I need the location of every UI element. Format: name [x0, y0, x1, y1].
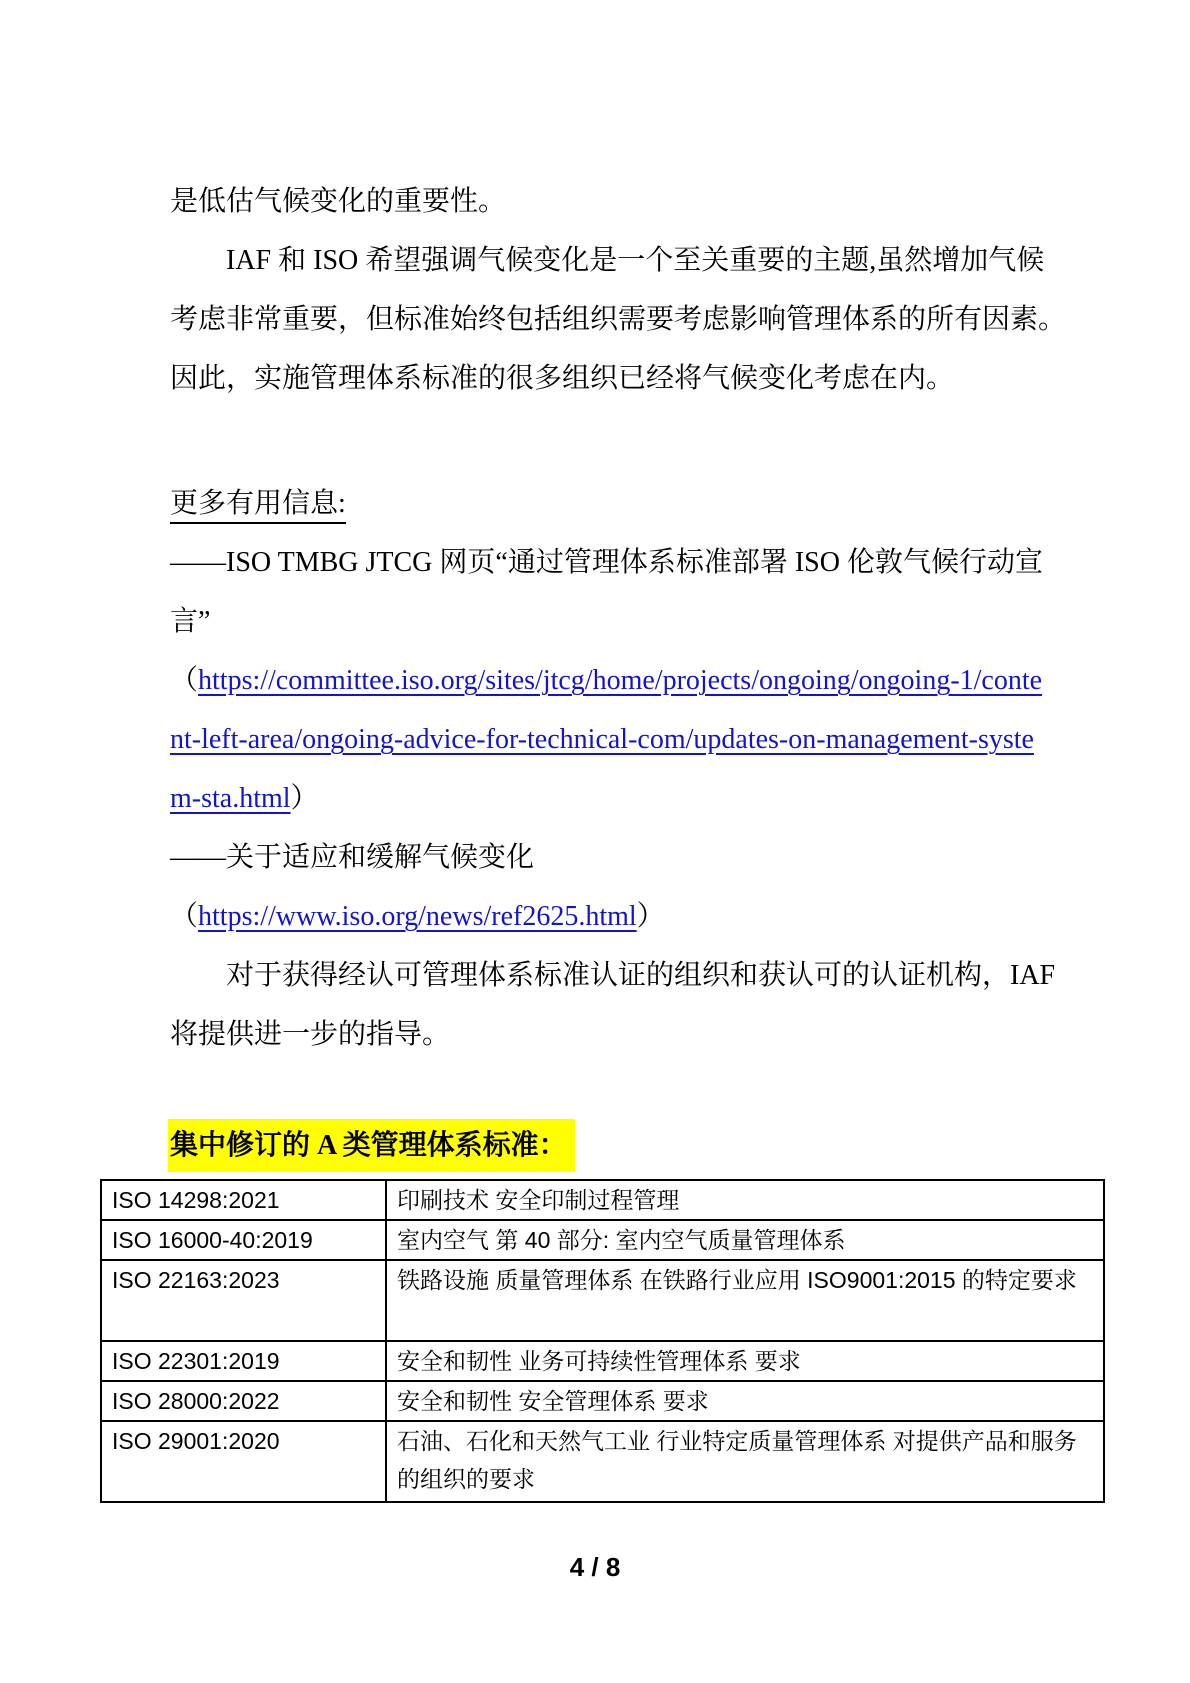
link-line: m-sta.html） [170, 769, 1060, 828]
standard-desc-cell: 石油、石化和天然气工业 行业特定质量管理体系 对提供产品和服务的组织的要求 [386, 1421, 1104, 1502]
section-heading-line: 集中修订的 A 类管理体系标准： [170, 1119, 1060, 1172]
standard-desc-cell: 安全和韧性 安全管理体系 要求 [386, 1381, 1104, 1421]
link-line: （https://www.iso.org/news/ref2625.html） [170, 887, 1060, 946]
table-row: ISO 28000:2022 安全和韧性 安全管理体系 要求 [101, 1381, 1104, 1421]
standard-code-cell: ISO 22163:2023 [101, 1260, 386, 1341]
standard-desc-cell: 铁路设施 质量管理体系 在铁路行业应用 ISO9001:2015 的特定要求 [386, 1260, 1104, 1341]
standards-table: ISO 14298:2021 印刷技术 安全印制过程管理 ISO 16000-4… [100, 1179, 1105, 1503]
bullet-iso-tmbg-line: 言” [170, 592, 1060, 651]
paragraph-spacer [170, 408, 1060, 474]
standard-code-cell: ISO 28000:2022 [101, 1381, 386, 1421]
committee-iso-link[interactable]: nt-left-area/ongoing-advice-for-technica… [170, 724, 1034, 755]
more-info-heading: 更多有用信息: [170, 488, 346, 524]
more-info-heading-line: 更多有用信息: [170, 474, 1060, 533]
document-body: 是低估气候变化的重要性。 IAF 和 ISO 希望强调气候变化是一个至关重要的主… [170, 172, 1060, 1172]
table-row: ISO 14298:2021 印刷技术 安全印制过程管理 [101, 1180, 1104, 1220]
standard-code-cell: ISO 16000-40:2019 [101, 1220, 386, 1260]
committee-iso-link[interactable]: https://committee.iso.org/sites/jtcg/hom… [198, 665, 1042, 696]
standard-desc-cell: 印刷技术 安全印制过程管理 [386, 1180, 1104, 1220]
committee-iso-link[interactable]: m-sta.html [170, 783, 291, 814]
standard-code-cell: ISO 22301:2019 [101, 1341, 386, 1381]
link-line: nt-left-area/ongoing-advice-for-technica… [170, 710, 1060, 769]
page-number: 4 / 8 [0, 1552, 1190, 1582]
bullet-iso-tmbg-line: ——ISO TMBG JTCG 网页“通过管理体系标准部署 ISO 伦敦气候行动… [170, 533, 1060, 592]
open-paren: （ [170, 901, 198, 932]
table-row: ISO 16000-40:2019 室内空气 第 40 部分: 室内空气质量管理… [101, 1220, 1104, 1260]
section-heading: 集中修订的 A 类管理体系标准： [168, 1119, 575, 1172]
paragraph-line: 因此，实施管理体系标准的很多组织已经将气候变化考虑在内。 [170, 349, 1060, 408]
table-row: ISO 22301:2019 安全和韧性 业务可持续性管理体系 要求 [101, 1341, 1104, 1381]
close-paren: ） [637, 901, 665, 932]
bullet-climate-line: ——关于适应和缓解气候变化 [170, 828, 1060, 887]
paragraph-line: IAF 和 ISO 希望强调气候变化是一个至关重要的主题,虽然增加气候 [170, 231, 1060, 290]
close-paren: ） [291, 783, 319, 814]
iso-news-link[interactable]: https://www.iso.org/news/ref2625.html [198, 901, 637, 932]
link-line: （https://committee.iso.org/sites/jtcg/ho… [170, 651, 1060, 710]
paragraph-line: 对于获得经认可管理体系标准认证的组织和获认可的认证机构，IAF [170, 946, 1060, 1005]
open-paren: （ [170, 665, 198, 696]
paragraph-line: 考虑非常重要，但标准始终包括组织需要考虑影响管理体系的所有因素。 [170, 290, 1060, 349]
standard-code-cell: ISO 29001:2020 [101, 1421, 386, 1502]
paragraph-line: 是低估气候变化的重要性。 [170, 172, 1060, 231]
paragraph-line: 将提供进一步的指导。 [170, 1005, 1060, 1064]
standard-code-cell: ISO 14298:2021 [101, 1180, 386, 1220]
table-row: ISO 22163:2023 铁路设施 质量管理体系 在铁路行业应用 ISO90… [101, 1260, 1104, 1341]
table-row: ISO 29001:2020 石油、石化和天然气工业 行业特定质量管理体系 对提… [101, 1421, 1104, 1502]
document-page: 是低估气候变化的重要性。 IAF 和 ISO 希望强调气候变化是一个至关重要的主… [0, 0, 1190, 1683]
standard-desc-cell: 安全和韧性 业务可持续性管理体系 要求 [386, 1341, 1104, 1381]
paragraph-spacer [170, 1064, 1060, 1119]
standard-desc-cell: 室内空气 第 40 部分: 室内空气质量管理体系 [386, 1220, 1104, 1260]
